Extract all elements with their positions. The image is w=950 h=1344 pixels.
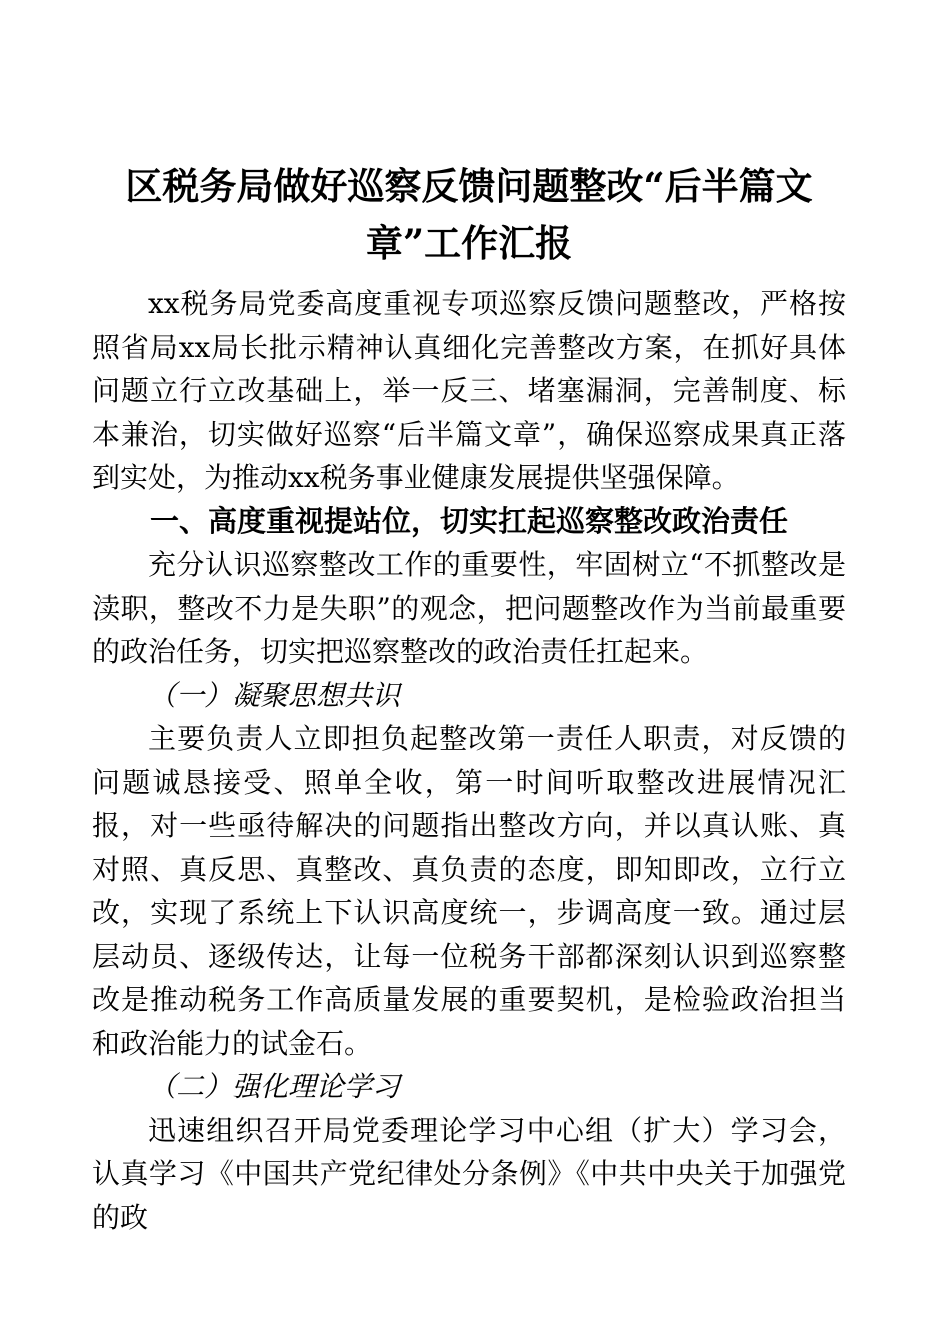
document-page: 区税务局做好巡察反馈问题整改“后半篇文 章”工作汇报 xx税务局党委高度重视专项… (0, 0, 950, 1344)
paragraph-subsection-1-1: 主要负责人立即担负起整改第一责任人职责，对反馈的问题诚恳接受、照单全收，第一时间… (92, 717, 846, 1065)
paragraph-intro: xx税务局党委高度重视专项巡察反馈问题整改，严格按照省局xx局长批示精神认真细化… (92, 282, 846, 500)
subsection-heading-1-1: （一）凝聚思想共识 (92, 674, 846, 718)
subsection-heading-1-2: （二）强化理论学习 (92, 1065, 846, 1109)
paragraph-subsection-1-2: 迅速组织召开局党委理论学习中心组（扩大）学习会，认真学习《中国共产党纪律处分条例… (92, 1109, 846, 1240)
section-heading-1: 一、高度重视提站位，切实扛起巡察整改政治责任 (92, 500, 846, 544)
document-title-line-1: 区税务局做好巡察反馈问题整改“后半篇文 (125, 164, 812, 208)
document-title-line-2: 章”工作汇报 (366, 221, 572, 265)
document-title: 区税务局做好巡察反馈问题整改“后半篇文 章”工作汇报 (92, 158, 846, 272)
paragraph-section-1-intro: 充分认识巡察整改工作的重要性，牢固树立“不抓整改是渎职，整改不力是失职”的观念，… (92, 543, 846, 674)
